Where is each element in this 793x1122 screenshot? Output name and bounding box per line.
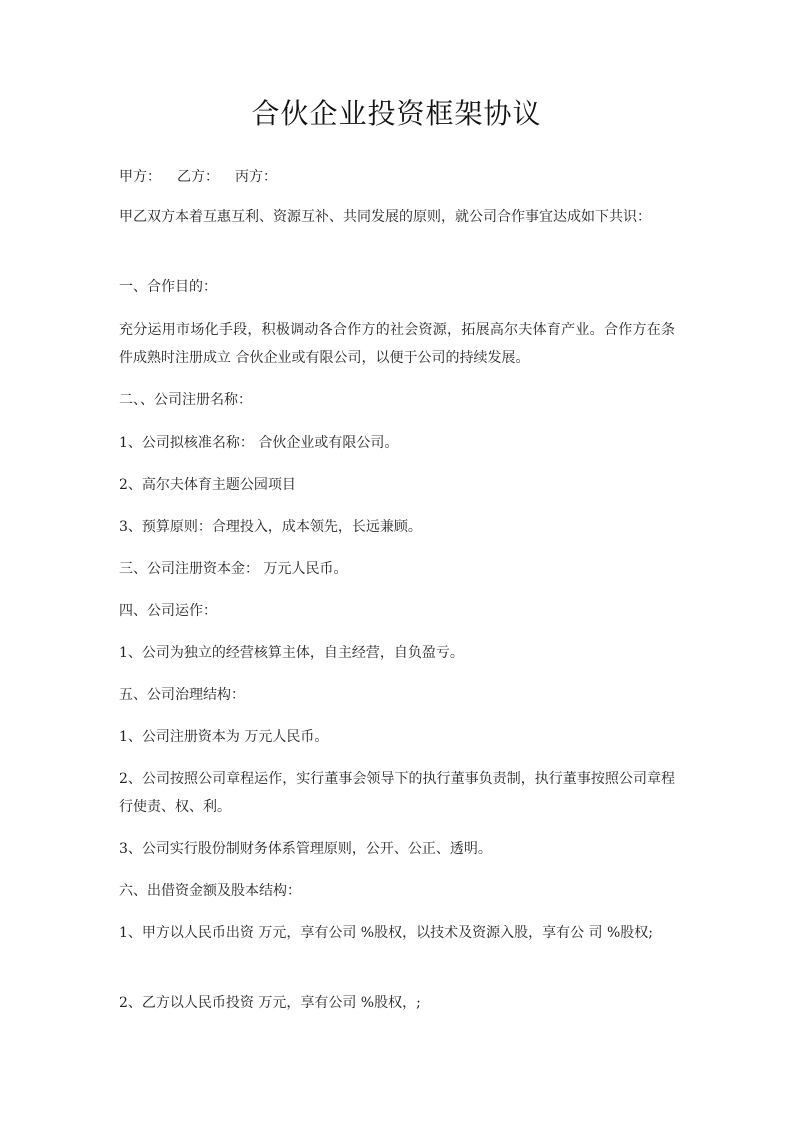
party-c-label: 丙方： bbox=[235, 169, 277, 185]
section-heading-company-name: 二、、公司注册名称： bbox=[119, 386, 675, 414]
section-item: 1、甲方以人民币出资 万元，享有公司 %股权，以技术及资源入股，享有公 司 %股… bbox=[119, 919, 675, 947]
section-item: 3、公司实行股份制财务体系管理原则，公开、公正、透明。 bbox=[119, 835, 675, 863]
section-item: 1、公司为独立的经营核算主体，自主经营，自负盈亏。 bbox=[119, 639, 675, 667]
party-a-label: 甲方： bbox=[119, 169, 161, 185]
section-item: 1、公司注册资本为 万元人民币。 bbox=[119, 723, 675, 751]
section-item: 2、乙方以人民币投资 万元，享有公司 %股权，; bbox=[119, 989, 675, 1017]
section-item: 1、公司拟核准名称： 合伙企业或有限公司。 bbox=[119, 429, 675, 457]
section-item: 2、高尔夫体育主题公园项目 bbox=[119, 471, 675, 499]
section-heading-operations: 四、公司运作： bbox=[119, 597, 675, 625]
section-item: 充分运用市场化手段，积极调动各合作方的社会资源，拓展高尔夫体育产业。合作方在条件… bbox=[119, 316, 675, 372]
document-page: 合伙企业投资框架协议 甲方：乙方：丙方： 甲乙双方本着互惠互利、资源互补、共同发… bbox=[0, 0, 793, 1122]
section-heading-purpose: 一、合作目的： bbox=[119, 273, 675, 301]
party-b-label: 乙方： bbox=[177, 169, 219, 185]
section-item: 2、公司按照公司章程运作，实行董事会领导下的执行董事负责制，执行董事按照公司章程… bbox=[119, 765, 675, 821]
section-heading-equity-structure: 六、出借资金额及股本结构： bbox=[119, 877, 675, 905]
section-heading-registered-capital: 三、公司注册资本金： 万元人民币。 bbox=[119, 555, 675, 583]
section-item: 3、预算原则：合理投入，成本领先，长远兼顾。 bbox=[119, 513, 675, 541]
preamble: 甲乙双方本着互惠互利、资源互补、共同发展的原则，就公司合作事宜达成如下共识： bbox=[119, 203, 675, 231]
parties-line: 甲方：乙方：丙方： bbox=[119, 163, 675, 191]
document-title: 合伙企业投资框架协议 bbox=[0, 96, 793, 132]
section-heading-governance: 五、公司治理结构： bbox=[119, 681, 675, 709]
